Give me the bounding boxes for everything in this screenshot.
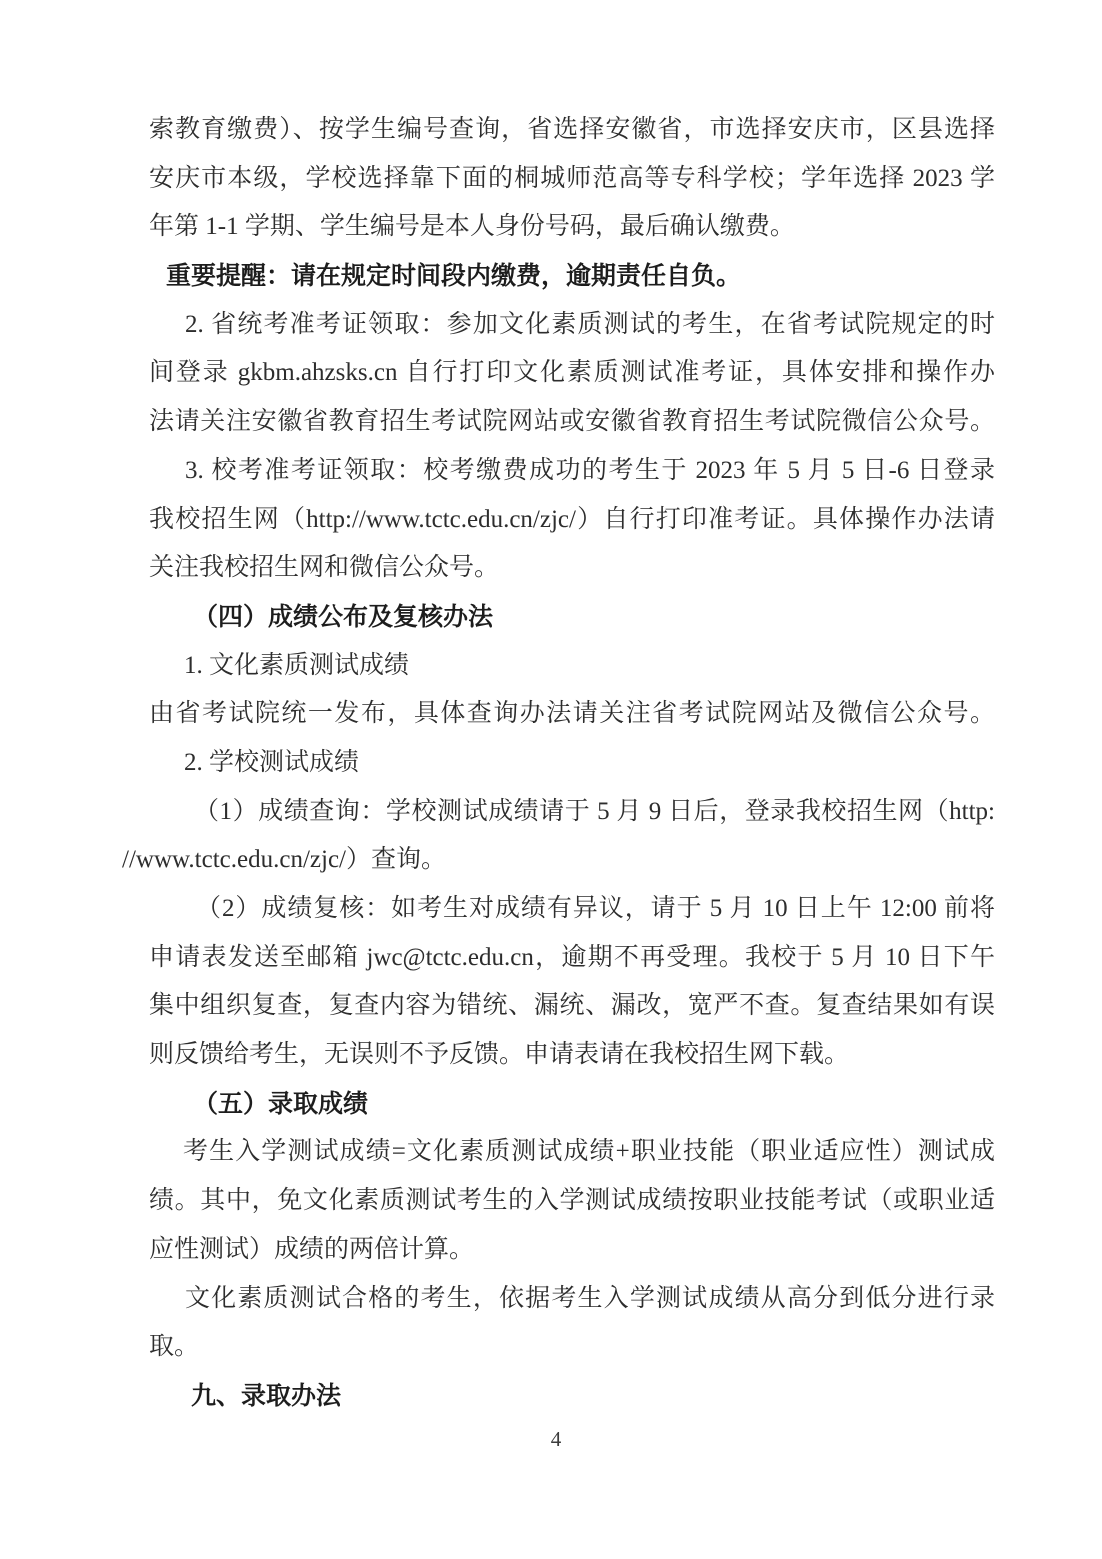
- text-line: 取。: [149, 1323, 995, 1372]
- text-line: 1. 文化素质测试成绩: [149, 642, 995, 691]
- text-line: 由省考试院统一发布，具体查询办法请关注省考试院网站及微信公众号。: [149, 690, 995, 739]
- text-line: 我校招生网（http://www.tctc.edu.cn/zjc/）自行打印准考…: [149, 496, 995, 545]
- text-line: 2. 学校测试成绩: [149, 739, 995, 788]
- text-line: 3. 校考准考证领取：校考缴费成功的考生于 2023 年 5 月 5 日-6 日…: [149, 447, 995, 496]
- text-line: 则反馈给考生，无误则不予反馈。申请表请在我校招生网下载。: [149, 1031, 995, 1080]
- text-line: 重要提醒：请在规定时间段内缴费，逾期责任自负。: [149, 252, 995, 301]
- text-line: 申请表发送至邮箱 jwc@tctc.edu.cn，逾期不再受理。我校于 5 月 …: [149, 934, 995, 983]
- text-line: 文化素质测试合格的考生，依据考生入学测试成绩从高分到低分进行录: [149, 1275, 995, 1324]
- text-line: 关注我校招生网和微信公众号。: [149, 544, 995, 593]
- text-line: 间登录 gkbm.ahzsks.cn 自行打印文化素质测试准考证，具体安排和操作…: [149, 349, 995, 398]
- text-line: 安庆市本级，学校选择靠下面的桐城师范高等专科学校；学年选择 2023 学: [149, 155, 995, 204]
- text-line: （四）成绩公布及复核办法: [149, 593, 995, 642]
- text-line: 应性测试）成绩的两倍计算。: [149, 1226, 995, 1275]
- text-line: （2）成绩复核：如考生对成绩有异议，请于 5 月 10 日上午 12:00 前将: [149, 885, 995, 934]
- text-line: （1）成绩查询：学校测试成绩请于 5 月 9 日后，登录我校招生网（http:: [149, 788, 995, 837]
- text-line: 绩。其中，免文化素质测试考生的入学测试成绩按职业技能考试（或职业适: [149, 1177, 995, 1226]
- text-line: //www.tctc.edu.cn/zjc/）查询。: [122, 836, 995, 885]
- document-page: 索教育缴费）、按学生编号查询，省选择安徽省，市选择安庆市，区县选择安庆市本级，学…: [0, 0, 1102, 1559]
- text-line: 2. 省统考准考证领取：参加文化素质测试的考生，在省考试院规定的时: [149, 301, 995, 350]
- text-line: 年第 1-1 学期、学生编号是本人身份号码，最后确认缴费。: [149, 203, 995, 252]
- document-body: 索教育缴费）、按学生编号查询，省选择安徽省，市选择安庆市，区县选择安庆市本级，学…: [149, 106, 995, 1421]
- text-line: （五）录取成绩: [149, 1080, 995, 1129]
- text-line: 索教育缴费）、按学生编号查询，省选择安徽省，市选择安庆市，区县选择: [149, 106, 995, 155]
- text-line: 集中组织复查，复查内容为错统、漏统、漏改，宽严不查。复查结果如有误: [149, 982, 995, 1031]
- text-line: 法请关注安徽省教育招生考试院网站或安徽省教育招生考试院微信公众号。: [149, 398, 995, 447]
- page-number: 4: [0, 1424, 1102, 1454]
- text-line: 考生入学测试成绩=文化素质测试成绩+职业技能（职业适应性）测试成: [149, 1128, 995, 1177]
- text-line: 九、录取办法: [149, 1372, 995, 1421]
